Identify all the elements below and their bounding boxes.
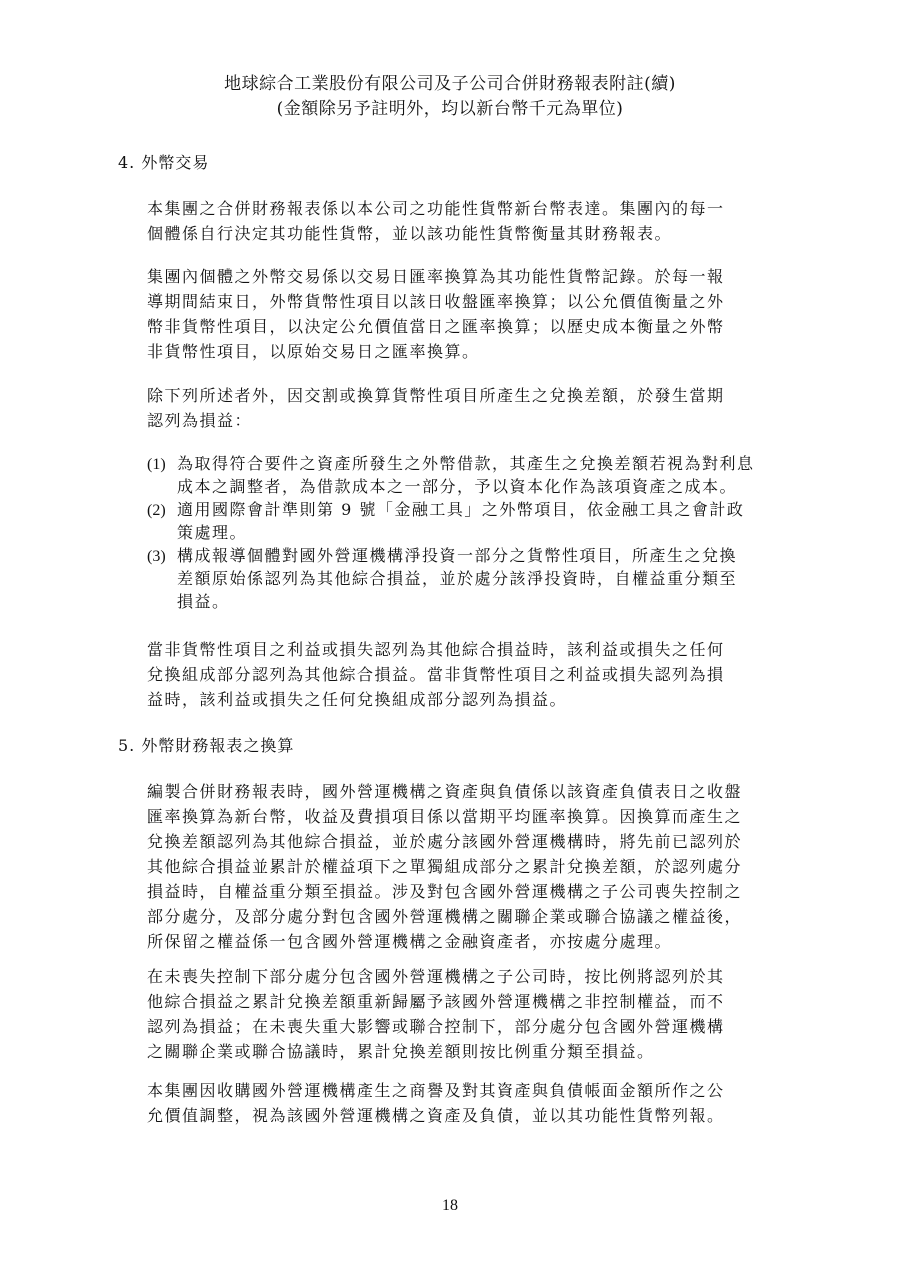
text-line: 構成報導個體對國外營運機構淨投資一部分之貨幣性項目，所產生之兌換	[177, 546, 737, 565]
paragraph-exchange-differences: 除下列所述者外，因交割或換算貨幣性項目所產生之兌換差額，於發生當期 認列為損益：	[147, 383, 797, 433]
text-line: 集團內個體之外幣交易係以交易日匯率換算為其功能性貨幣記錄。於每一報	[147, 264, 797, 289]
text-line: 差額原始係認列為其他綜合損益，並於處分該淨投資時，自權益重分類至	[147, 567, 807, 590]
text-line: 為取得符合要件之資產所發生之外幣借款，其產生之兌換差額若視為對利息	[177, 454, 755, 473]
text-line: 兌換差額認列為其他綜合損益，並於處分該國外營運機構時，將先前已認列於	[147, 829, 797, 854]
report-title: 地球綜合工業股份有限公司及子公司合併財務報表附註(續)	[0, 72, 900, 97]
text-line: 認列為損益：	[147, 408, 797, 433]
text-line: 匯率換算為新台幣，收益及費損項目係以當期平均匯率換算。因換算而產生之	[147, 804, 797, 829]
list-number: (2)	[147, 499, 177, 522]
paragraph-goodwill: 本集團因收購國外營運機構產生之商譽及對其資產與負債帳面金額所作之公 允價值調整，…	[147, 1078, 797, 1128]
text-line: 其他綜合損益並累計於權益項下之單獨組成部分之累計兌換差額，於認列處分	[147, 854, 797, 879]
paragraph-consolidation-translation: 編製合併財務報表時，國外營運機構之資產與負債係以該資產負債表日之收盤 匯率換算為…	[147, 779, 797, 954]
section-heading-4: 4. 外幣交易	[118, 150, 209, 173]
text-line: 非貨幣性項目，以原始交易日之匯率換算。	[147, 339, 797, 364]
text-line: 本集團之合併財務報表係以本公司之功能性貨幣新台幣表達。集團內的每一	[147, 196, 797, 221]
text-line: 他綜合損益之累計兌換差額重新歸屬予該國外營運機構之非控制權益，而不	[147, 989, 797, 1014]
list-item-1: (1)為取得符合要件之資產所發生之外幣借款，其產生之兌換差額若視為對利息 成本之…	[147, 452, 807, 498]
list-item-2: (2)適用國際會計準則第 9 號「金融工具」之外幣項目，依金融工具之會計政 策處…	[147, 498, 807, 544]
text-line: 益時，該利益或損失之任何兌換組成部分認列為損益。	[147, 687, 797, 712]
text-line: 當非貨幣性項目之利益或損失認列為其他綜合損益時，該利益或損失之任何	[147, 637, 797, 662]
text-line: 適用國際會計準則第 9 號「金融工具」之外幣項目，依金融工具之會計政	[177, 500, 744, 519]
exceptions-list: (1)為取得符合要件之資產所發生之外幣借款，其產生之兌換差額若視為對利息 成本之…	[147, 452, 807, 613]
list-item-3: (3)構成報導個體對國外營運機構淨投資一部分之貨幣性項目，所產生之兌換 差額原始…	[147, 544, 807, 613]
paragraph-nonmonetary-items: 當非貨幣性項目之利益或損失認列為其他綜合損益時，該利益或損失之任何 兌換組成部分…	[147, 637, 797, 712]
paragraph-functional-currency: 本集團之合併財務報表係以本公司之功能性貨幣新台幣表達。集團內的每一 個體係自行決…	[147, 196, 797, 246]
section-heading-5: 5. 外幣財務報表之換算	[118, 733, 294, 756]
text-line: 幣非貨幣性項目，以決定公允價值當日之匯率換算；以歷史成本衡量之外幣	[147, 314, 797, 339]
list-number: (1)	[147, 453, 177, 476]
text-line: 編製合併財務報表時，國外營運機構之資產與負債係以該資產負債表日之收盤	[147, 779, 797, 804]
text-line: 所保留之權益係一包含國外營運機構之金融資產者，亦按處分處理。	[147, 929, 797, 954]
page-number: 18	[0, 1197, 900, 1215]
text-line: 部分處分，及部分處分對包含國外營運機構之關聯企業或聯合協議之權益後，	[147, 904, 797, 929]
text-line: 除下列所述者外，因交割或換算貨幣性項目所產生之兌換差額，於發生當期	[147, 383, 797, 408]
text-line: 導期間結束日，外幣貨幣性項目以該日收盤匯率換算；以公允價值衡量之外	[147, 289, 797, 314]
text-line: 認列為損益；在未喪失重大影響或聯合控制下，部分處分包含國外營運機構	[147, 1014, 797, 1039]
text-line: 個體係自行決定其功能性貨幣，並以該功能性貨幣衡量其財務報表。	[147, 221, 797, 246]
text-line: 在未喪失控制下部分處分包含國外營運機構之子公司時，按比例將認列於其	[147, 964, 797, 989]
paragraph-partial-disposal: 在未喪失控制下部分處分包含國外營運機構之子公司時，按比例將認列於其 他綜合損益之…	[147, 964, 797, 1064]
text-line: 損益時，自權益重分類至損益。涉及對包含國外營運機構之子公司喪失控制之	[147, 879, 797, 904]
document-header: 地球綜合工業股份有限公司及子公司合併財務報表附註(續) (金額除另予註明外，均以…	[0, 72, 900, 122]
list-number: (3)	[147, 545, 177, 568]
text-line: 損益。	[147, 590, 807, 613]
report-subtitle: (金額除另予註明外，均以新台幣千元為單位)	[0, 97, 900, 122]
text-line: 成本之調整者，為借款成本之一部分，予以資本化作為該項資產之成本。	[147, 475, 807, 498]
text-line: 允價值調整，視為該國外營運機構之資產及負債，並以其功能性貨幣列報。	[147, 1103, 797, 1128]
document-page: 地球綜合工業股份有限公司及子公司合併財務報表附註(續) (金額除另予註明外，均以…	[0, 0, 900, 1273]
text-line: 本集團因收購國外營運機構產生之商譽及對其資產與負債帳面金額所作之公	[147, 1078, 797, 1103]
text-line: 兌換組成部分認列為其他綜合損益。當非貨幣性項目之利益或損失認列為損	[147, 662, 797, 687]
paragraph-transaction-translation: 集團內個體之外幣交易係以交易日匯率換算為其功能性貨幣記錄。於每一報 導期間結束日…	[147, 264, 797, 364]
text-line: 之關聯企業或聯合協議時，累計兌換差額則按比例重分類至損益。	[147, 1039, 797, 1064]
text-line: 策處理。	[147, 521, 807, 544]
